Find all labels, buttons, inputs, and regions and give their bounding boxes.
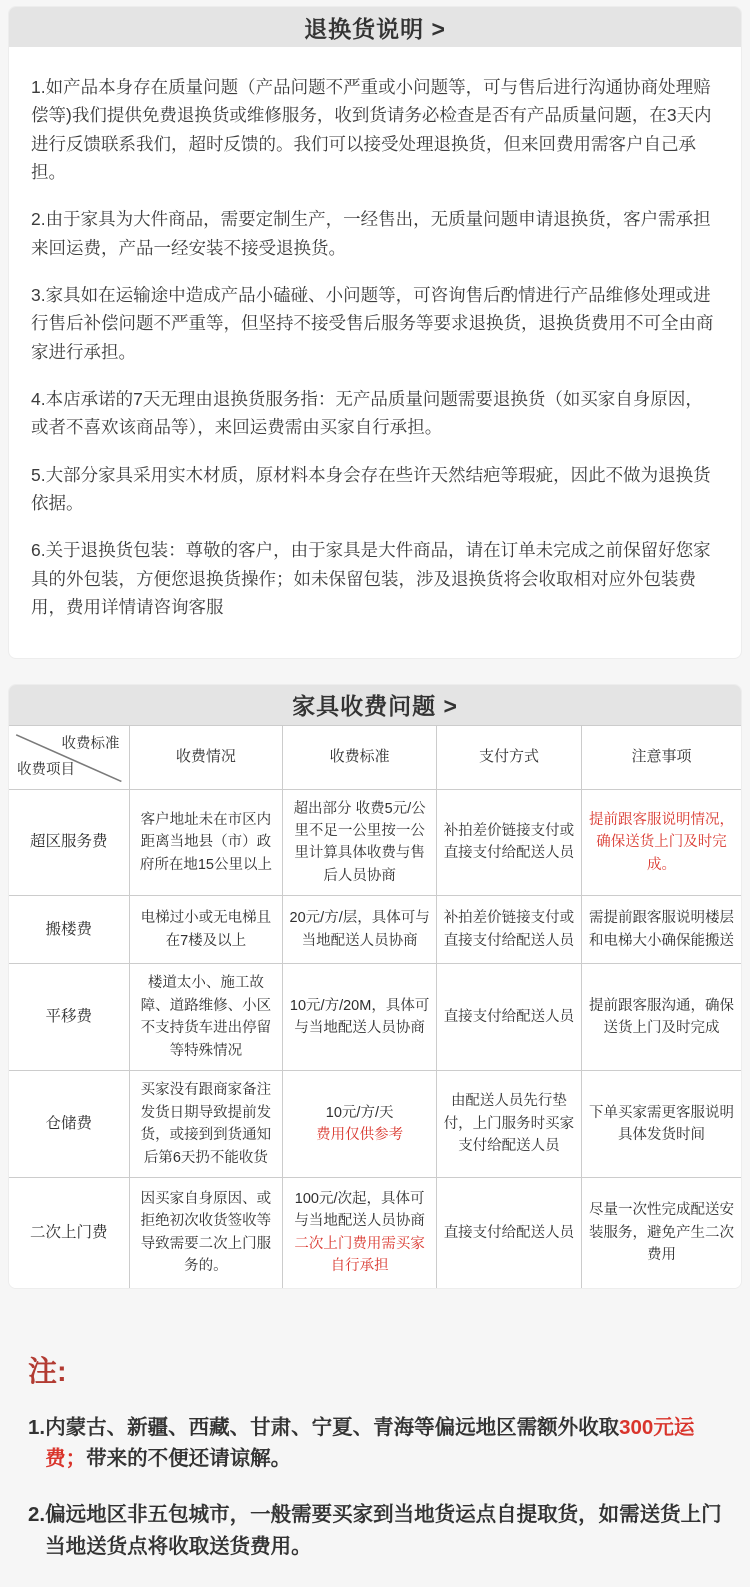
note-number: 2. <box>28 1499 45 1563</box>
note-item: 1. 内蒙古、新疆、西藏、甘肃、宁夏、青海等偏远地区需额外收取300元运费；带来… <box>28 1412 722 1476</box>
fee-situation: 楼道太小、施工故障、道路维修、小区不支持货车进出停留等特殊情况 <box>129 964 283 1071</box>
column-header-standard: 收费标准 <box>283 725 437 789</box>
policy-paragraph: 2.由于家具为大件商品，需要定制生产，一经售出，无质量问题申请退换货，客户需承担… <box>31 205 719 262</box>
fee-standard-text: 100元/次起，具体可与当地配送人员协商 <box>294 1191 425 1229</box>
fee-table: 收费标准 收费项目 收费情况 收费标准 支付方式 注意事项 超区服务费 客户地址… <box>9 725 741 1288</box>
fee-payment: 直接支付给配送人员 <box>436 1178 581 1288</box>
fee-situation: 电梯过小或无电梯且在7楼及以上 <box>129 896 283 964</box>
fee-note: 下单买家需更客服说明具体发货时间 <box>581 1071 741 1178</box>
footnotes-section: 注: 1. 内蒙古、新疆、西藏、甘肃、宁夏、青海等偏远地区需额外收取300元运费… <box>0 1289 750 1563</box>
table-header-row: 收费标准 收费项目 收费情况 收费标准 支付方式 注意事项 <box>9 725 741 789</box>
return-policy-card: 退换货说明 > 1.如产品本身存在质量问题（产品问题不严重或小问题等，可与售后进… <box>8 6 742 659</box>
fee-standard-text: 10元/方/20M，具体可与当地配送人员协商 <box>290 998 429 1036</box>
fee-note: 尽量一次性完成配送安装服务，避免产生二次费用 <box>581 1178 741 1288</box>
fee-standard: 20元/方/层，具体可与当地配送人员协商 <box>283 896 437 964</box>
fee-standard: 10元/方/天 费用仅供参考 <box>283 1071 437 1178</box>
fee-note: 需提前跟客服说明楼层和电梯大小确保能搬送 <box>581 896 741 964</box>
column-header-payment: 支付方式 <box>436 725 581 789</box>
fee-standard: 10元/方/20M，具体可与当地配送人员协商 <box>283 964 437 1071</box>
policy-paragraph: 6.关于退换货包装：尊敬的客户，由于家具是大件商品，请在订单未完成之前保留好您家… <box>31 536 719 621</box>
fee-item: 搬楼费 <box>9 896 129 964</box>
fee-note: 提前跟客服沟通，确保送货上门及时完成 <box>581 964 741 1071</box>
fee-table-card: 家具收费问题 > 收费标准 收费项目 收费情况 收费标准 支付方式 注意事项 <box>8 684 742 1289</box>
fee-standard-red-text: 二次上门费用需买家自行承担 <box>288 1233 431 1278</box>
fee-item: 仓储费 <box>9 1071 129 1178</box>
fee-situation: 买家没有跟商家备注发货日期导致提前发货，或接到到货通知后第6天扔不能收货 <box>129 1071 283 1178</box>
fee-standard-red-text: 费用仅供参考 <box>288 1124 431 1146</box>
fee-payment: 由配送人员先行垫付，上门服务时买家支付给配送人员 <box>436 1071 581 1178</box>
table-row: 二次上门费 因买家自身原因、或拒绝初次收货签收等导致需要二次上门服务的。 100… <box>9 1178 741 1288</box>
fee-situation: 因买家自身原因、或拒绝初次收货签收等导致需要二次上门服务的。 <box>129 1178 283 1288</box>
fee-table-header[interactable]: 家具收费问题 > <box>9 685 741 725</box>
table-row: 超区服务费 客户地址未在市区内距离当地县（市）政府所在地15公里以上 超出部分 … <box>9 789 741 896</box>
corner-label-standard: 收费标准 <box>62 733 120 755</box>
note-text: 内蒙古、新疆、西藏、甘肃、宁夏、青海等偏远地区需额外收取300元运费；带来的不便… <box>45 1412 722 1476</box>
column-header-situation: 收费情况 <box>129 725 283 789</box>
return-policy-title: 退换货说明 > <box>304 11 446 44</box>
corner-label-item: 收费项目 <box>17 759 75 781</box>
fee-item: 平移费 <box>9 964 129 1071</box>
policy-paragraph: 1.如产品本身存在质量问题（产品问题不严重或小问题等，可与售后进行沟通协商处理赔… <box>31 73 719 186</box>
policy-paragraph: 4.本店承诺的7天无理由退换货服务指：无产品质量问题需要退换货（如买家自身原因，… <box>31 385 719 442</box>
fee-table-title: 家具收费问题 > <box>292 688 458 721</box>
fee-situation: 客户地址未在市区内距离当地县（市）政府所在地15公里以上 <box>129 789 283 896</box>
fee-standard-text: 10元/方/天 <box>326 1105 394 1121</box>
table-row: 平移费 楼道太小、施工故障、道路维修、小区不支持货车进出停留等特殊情况 10元/… <box>9 964 741 1071</box>
return-policy-body: 1.如产品本身存在质量问题（产品问题不严重或小问题等，可与售后进行沟通协商处理赔… <box>9 47 741 658</box>
note-text: 偏远地区非五包城市，一般需要买家到当地货运点自提取货，如需送货上门当地送货点将收… <box>45 1499 722 1563</box>
table-row: 搬楼费 电梯过小或无电梯且在7楼及以上 20元/方/层，具体可与当地配送人员协商… <box>9 896 741 964</box>
fee-item: 二次上门费 <box>9 1178 129 1288</box>
policy-paragraph: 5.大部分家具采用实木材质，原材料本身会存在些许天然结疤等瑕疵，因此不做为退换货… <box>31 461 719 518</box>
fee-payment: 补拍差价链接支付或直接支付给配送人员 <box>436 896 581 964</box>
fee-standard: 超出部分 收费5元/公里不足一公里按一公里计算具体收费与售后人员协商 <box>283 789 437 896</box>
note-text-black: 内蒙古、新疆、西藏、甘肃、宁夏、青海等偏远地区需额外收取 <box>45 1416 619 1439</box>
table-corner-cell: 收费标准 收费项目 <box>9 725 129 789</box>
column-header-notes: 注意事项 <box>581 725 741 789</box>
note-number: 1. <box>28 1412 45 1476</box>
fee-note: 提前跟客服说明情况，确保送货上门及时完成。 <box>581 789 741 896</box>
note-item: 2. 偏远地区非五包城市，一般需要买家到当地货运点自提取货，如需送货上门当地送货… <box>28 1499 722 1563</box>
fee-payment: 直接支付给配送人员 <box>436 964 581 1071</box>
note-heading: 注: <box>28 1349 722 1390</box>
fee-item: 超区服务费 <box>9 789 129 896</box>
fee-payment: 补拍差价链接支付或直接支付给配送人员 <box>436 789 581 896</box>
return-policy-header[interactable]: 退换货说明 > <box>9 7 741 47</box>
note-text-black: 偏远地区非五包城市，一般需要买家到当地货运点自提取货，如需送货上门当地送货点将收… <box>45 1503 722 1558</box>
table-row: 仓储费 买家没有跟商家备注发货日期导致提前发货，或接到到货通知后第6天扔不能收货… <box>9 1071 741 1178</box>
note-text-tail: 带来的不便还请谅解。 <box>86 1447 291 1470</box>
fee-standard-text: 20元/方/层，具体可与当地配送人员协商 <box>290 910 430 948</box>
fee-standard: 100元/次起，具体可与当地配送人员协商 二次上门费用需买家自行承担 <box>283 1178 437 1288</box>
policy-paragraph: 3.家具如在运输途中造成产品小磕碰、小问题等，可咨询售后酌情进行产品维修处理或进… <box>31 281 719 366</box>
fee-standard-text: 超出部分 收费5元/公里不足一公里按一公里计算具体收费与售后人员协商 <box>294 801 426 884</box>
